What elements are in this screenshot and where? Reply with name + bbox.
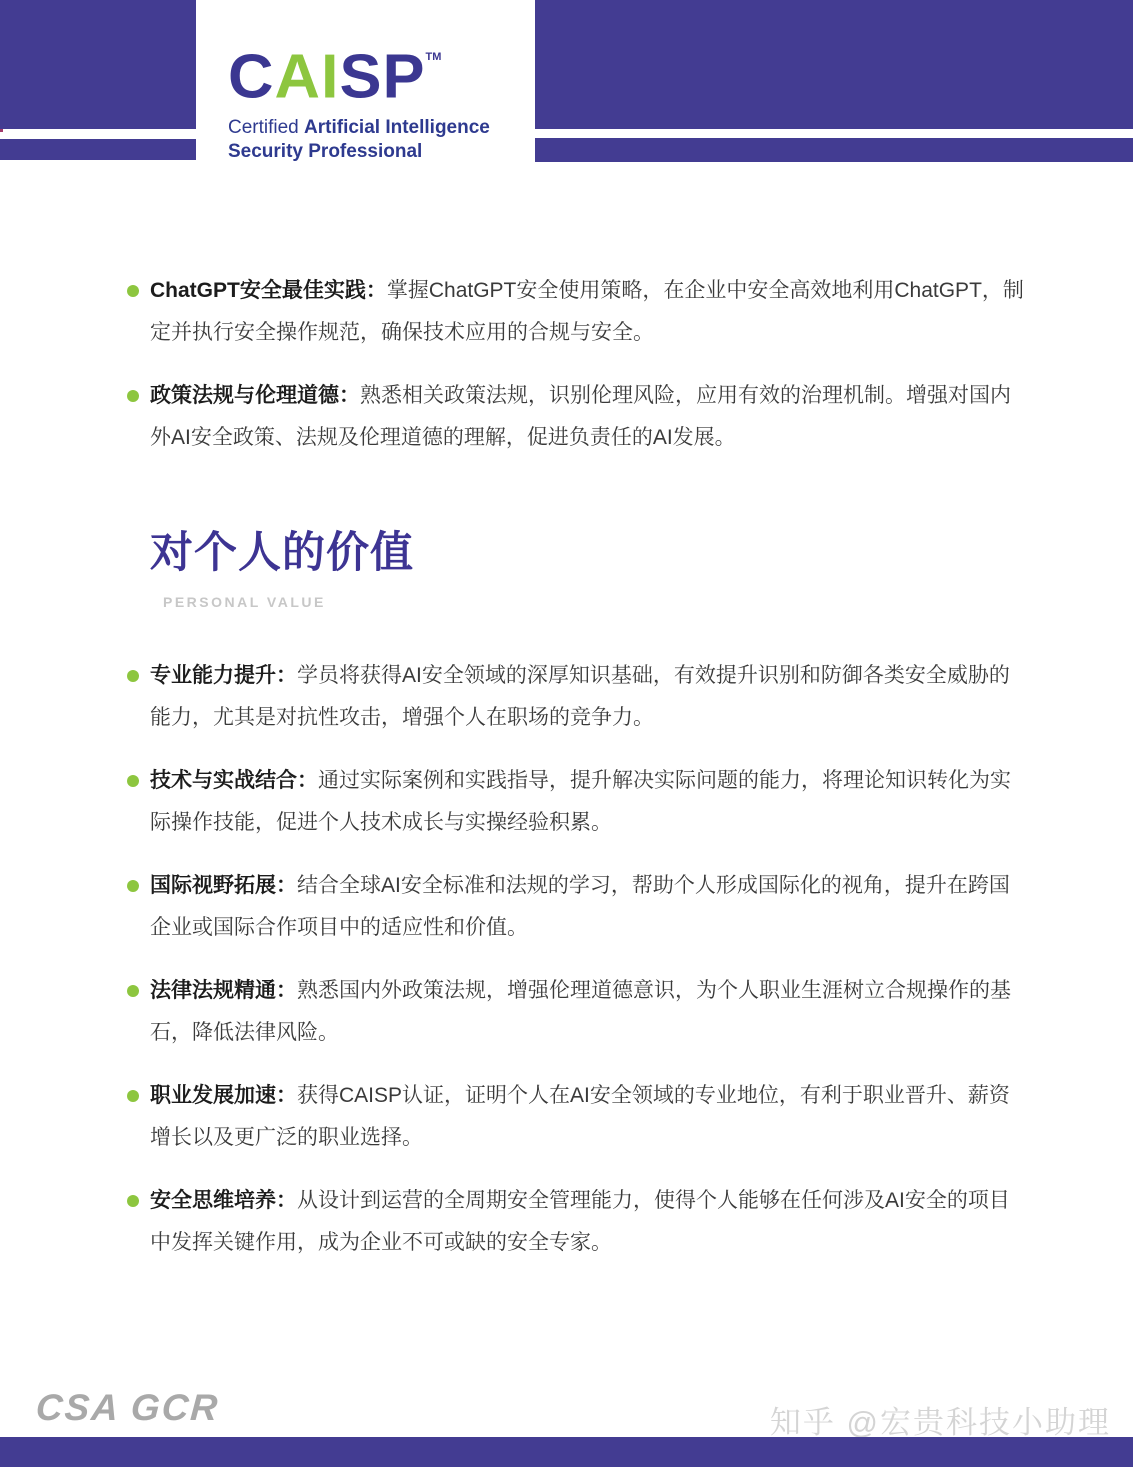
- list-item: 政策法规与伦理道德：熟悉相关政策法规，识别伦理风险，应用有效的治理机制。增强对国…: [127, 375, 1027, 459]
- list-item: ChatGPT安全最佳实践：掌握ChatGPT安全使用策略，在企业中安全高效地利…: [127, 270, 1027, 354]
- zhihu-watermark: 知乎 @宏贵科技小助理: [770, 1397, 1111, 1442]
- caisp-logo-tagline: Certified Artificial Intelligence Securi…: [228, 116, 528, 164]
- list-item: 专业能力提升：学员将获得AI安全领域的深厚知识基础，有效提升识别和防御各类安全威…: [127, 655, 1027, 739]
- tagline-certified: Certified: [228, 117, 304, 138]
- bullet-lead: ChatGPT安全最佳实践：: [150, 279, 387, 302]
- bullet-lead: 技术与实战结合：: [150, 769, 318, 792]
- bullet-dot-icon: [127, 985, 139, 997]
- bullet-lead: 安全思维培养：: [150, 1189, 297, 1212]
- intro-bullet-list: ChatGPT安全最佳实践：掌握ChatGPT安全使用策略，在企业中安全高效地利…: [127, 270, 1027, 459]
- bullet-dot-icon: [127, 880, 139, 892]
- logo-letters-ai: AI: [275, 43, 340, 112]
- tagline-artificial-intelligence: Artificial Intelligence: [304, 117, 490, 138]
- footer-purple-bar: [0, 1437, 1133, 1467]
- list-item: 国际视野拓展：结合全球AI安全标准和法规的学习，帮助个人形成国际化的视角，提升在…: [127, 865, 1027, 949]
- list-item: 职业发展加速：获得CAISP认证，证明个人在AI安全领域的专业地位，有利于职业晋…: [127, 1075, 1027, 1159]
- section-title: 对个人的价值: [150, 528, 414, 578]
- list-item: 技术与实战结合：通过实际案例和实践指导，提升解决实际问题的能力，将理论知识转化为…: [127, 760, 1027, 844]
- header-right-lower-bar: [535, 138, 1133, 162]
- caisp-logo-wordmark: CAISPTM: [228, 23, 528, 111]
- bullet-lead: 职业发展加速：: [150, 1084, 297, 1107]
- bullet-lead: 法律法规精通：: [150, 979, 297, 1002]
- csa-gcr-logo: CSA GCR: [35, 1387, 221, 1429]
- bullet-lead: 政策法规与伦理道德：: [150, 384, 360, 407]
- trademark-symbol: TM: [426, 51, 442, 63]
- list-item: 法律法规精通：熟悉国内外政策法规，增强伦理道德意识，为个人职业生涯树立合规操作的…: [127, 970, 1027, 1054]
- bullet-dot-icon: [127, 775, 139, 787]
- header-left-lower-bar: [0, 139, 196, 160]
- header-right-purple-bar: [535, 0, 1133, 129]
- bullet-dot-icon: [127, 670, 139, 682]
- list-item: 安全思维培养：从设计到运营的全周期安全管理能力，使得个人能够在任何涉及AI安全的…: [127, 1180, 1027, 1264]
- personal-value-bullet-list: 专业能力提升：学员将获得AI安全领域的深厚知识基础，有效提升识别和防御各类安全威…: [127, 655, 1027, 1264]
- header-left-purple-bar: [0, 0, 196, 129]
- bullet-dot-icon: [127, 285, 139, 297]
- bullet-dot-icon: [127, 1090, 139, 1102]
- document-page: CAISPTM Certified Artificial Intelligenc…: [0, 0, 1133, 1467]
- bullet-dot-icon: [127, 390, 139, 402]
- bullet-lead: 专业能力提升：: [150, 664, 297, 687]
- section-subtitle: PERSONAL VALUE: [163, 594, 326, 610]
- logo-letter-c: C: [228, 43, 275, 112]
- logo-letters-sp: SP: [340, 43, 426, 112]
- tagline-security-professional: Security Professional: [228, 141, 422, 162]
- bullet-lead: 国际视野拓展：: [150, 874, 297, 897]
- bullet-dot-icon: [127, 1195, 139, 1207]
- caisp-logo: CAISPTM Certified Artificial Intelligenc…: [228, 22, 528, 164]
